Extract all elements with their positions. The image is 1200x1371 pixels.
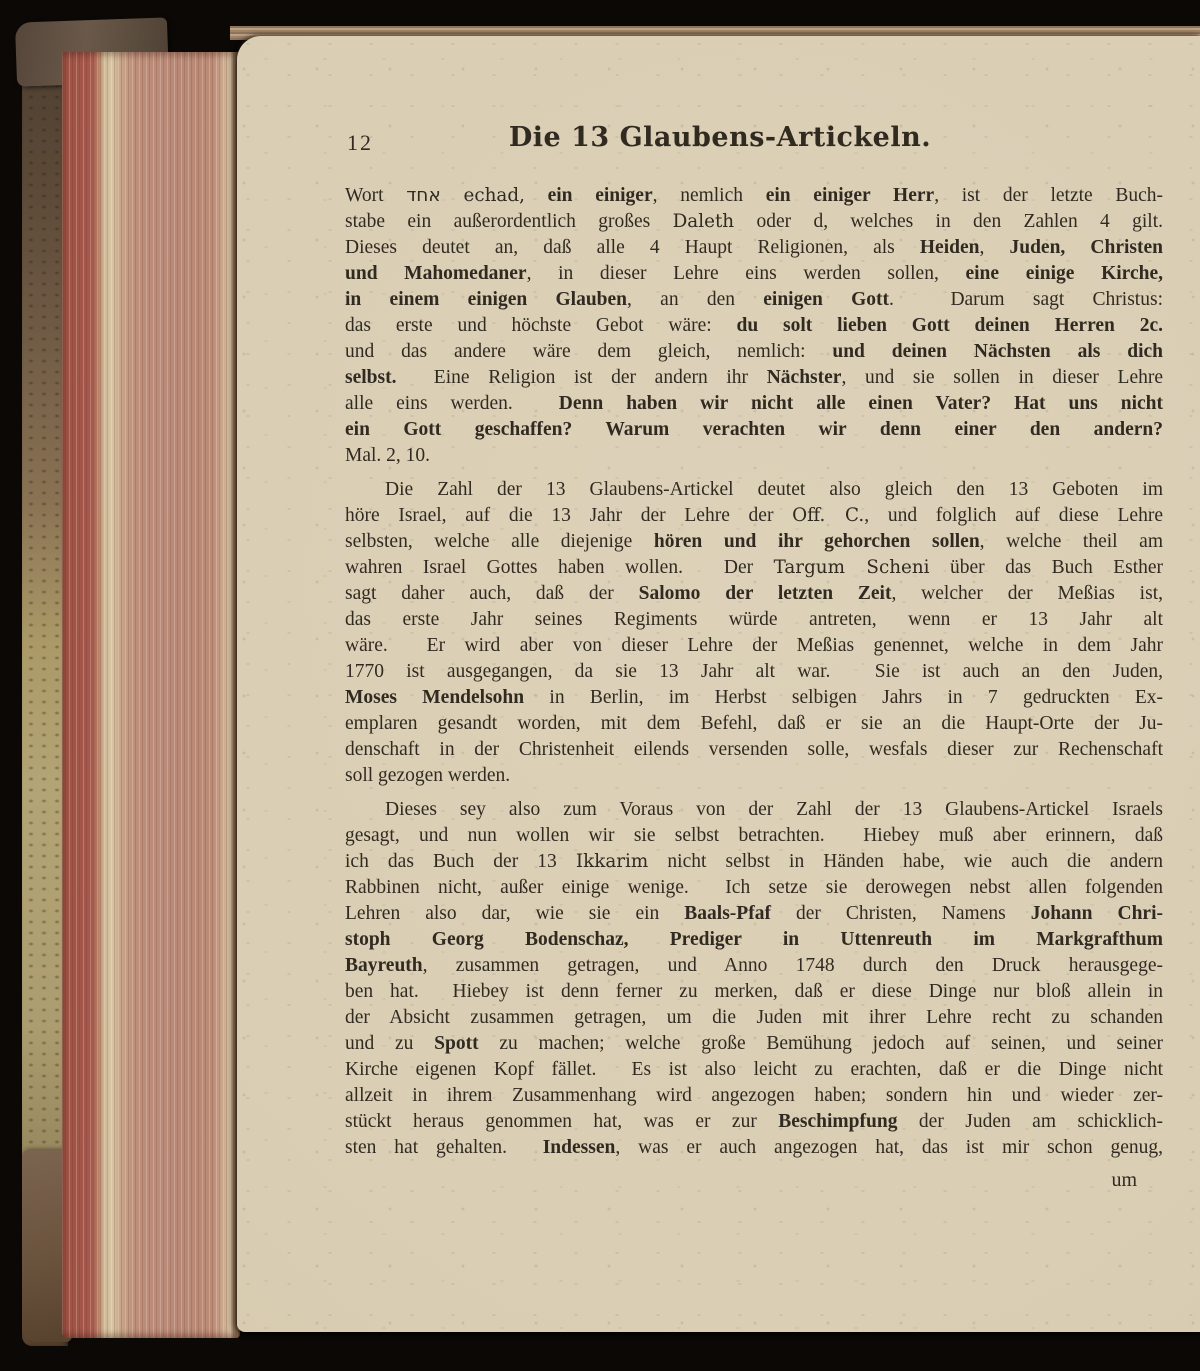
plain-text: wäre. Er wird aber von dieser Lehre der … [345,635,1163,656]
text-line: denschaft in der Christenheit eilends ve… [345,737,1163,763]
text-line: ein Gott geschaffen? Warum verachten wir… [345,417,1163,443]
text-line: stückt heraus genommen hat, was er zur B… [345,1109,1163,1135]
roman-type-text: Daleth [673,211,735,232]
text-line: Wort אחד echad, ein einiger, nemlich ein… [345,183,1163,209]
plain-text: Kirche eigenen Kopf fället. Es ist also … [345,1059,1163,1080]
text-line: und zu Spott zu machen; welche große Bem… [345,1031,1163,1057]
text-line: und das andere wäre dem gleich, nemlich:… [345,339,1163,365]
emphasized-text: Denn haben wir nicht alle einen Vater? H… [559,393,1163,414]
text-line: Die Zahl der 13 Glaubens-Artickel deutet… [345,477,1163,503]
hebrew-word: אחד [406,185,441,206]
text-line: wahren Israel Gottes haben wollen. Der T… [345,555,1163,581]
plain-text: Dieses deutet an, daß alle 4 Haupt Relig… [345,237,920,258]
plain-text: selbsten, welche alle diejenige [345,531,654,552]
emphasized-text: ein einiger Herr [766,185,934,206]
emphasized-text: einigen Gott [763,289,889,310]
plain-text [525,185,548,206]
plain-text: soll gezogen werden. [345,765,510,786]
plain-text: 1770 ist ausgegangen, da sie 13 Jahr alt… [345,661,1163,682]
text-line: 1770 ist ausgegangen, da sie 13 Jahr alt… [345,659,1163,685]
emphasized-text: Juden, Christen [1009,237,1163,258]
emphasized-text: ein einiger [548,185,653,206]
emphasized-text: Bayreuth [345,955,423,976]
plain-text: , ist der letzte Buch- [934,185,1163,206]
plain-text: gesagt, und nun wollen wir sie selbst be… [345,825,1163,846]
text-line: ben hat. Hiebey ist denn ferner zu merke… [345,979,1163,1005]
paragraph: Die Zahl der 13 Glaubens-Artickel deutet… [345,477,1163,789]
plain-text: in Berlin, im Herbst selbigen Jahrs in 7… [524,687,1163,708]
plain-text: . Darum sagt Christus: [889,289,1163,310]
emphasized-text: stoph Georg Bodenschaz, Prediger in Utte… [345,929,1163,950]
plain-text: allzeit in ihrem Zusammenhang wird angez… [345,1085,1163,1106]
text-line: Bayreuth, zusammen getragen, und Anno 17… [345,953,1163,979]
roman-type-text: Targum Scheni [774,557,930,578]
emphasized-text: ein Gott geschaffen? Warum verachten wir… [345,419,1163,440]
plain-text: , welche theil am [980,531,1163,552]
text-line: sagt daher auch, daß der Salomo der letz… [345,581,1163,607]
plain-text: sagt daher auch, daß der [345,583,639,604]
page-header: 12 Die 13 Glaubens-Artickeln. [345,122,1163,166]
plain-text: stabe ein außerordentlich großes [345,211,673,232]
emphasized-text: Indessen [543,1137,616,1158]
text-line: Rabbinen nicht, außer einige wenige. Ich… [345,875,1163,901]
plain-text: der Absicht zusammen getragen, um die Ju… [345,1007,1163,1028]
emphasized-text: Spott [434,1033,478,1054]
plain-text [441,185,464,206]
text-line: ich das Buch der 13 Ikkarim nicht selbst… [345,849,1163,875]
text-line: Kirche eigenen Kopf fället. Es ist also … [345,1057,1163,1083]
plain-text: Dieses sey also zum Voraus von der Zahl … [385,799,1163,820]
text-line: der Absicht zusammen getragen, um die Ju… [345,1005,1163,1031]
plain-text: , was er auch angezogen hat, das ist mir… [615,1137,1163,1158]
running-title: Die 13 Glaubens-Artickeln. [311,122,1129,153]
plain-text: , und sie sollen in dieser Lehre [841,367,1163,388]
emphasized-text: selbst. [345,367,396,388]
plain-text: und das andere wäre dem gleich, nemlich: [345,341,832,362]
plain-text: stückt heraus genommen hat, was er zur [345,1111,778,1132]
text-line: Moses Mendelsohn in Berlin, im Herbst se… [345,685,1163,711]
text-line: Dieses deutet an, daß alle 4 Haupt Relig… [345,235,1163,261]
text-line: emplaren gesandt worden, mit dem Befehl,… [345,711,1163,737]
plain-text: sten hat gehalten. [345,1137,543,1158]
plain-text: zu machen; welche große Bemühung jedoch … [479,1033,1163,1054]
plain-text: höre Israel, auf die 13 Jahr der Lehre d… [345,505,792,526]
roman-type-text: Off. C. [792,505,864,526]
plain-text: , nemlich [653,185,766,206]
text-line: gesagt, und nun wollen wir sie selbst be… [345,823,1163,849]
plain-text: , und folglich auf diese Lehre [864,505,1163,526]
text-line: stoph Georg Bodenschaz, Prediger in Utte… [345,927,1163,953]
page-content: 12 Die 13 Glaubens-Artickeln. Wort אחד e… [345,36,1163,1332]
plain-text: , an den [627,289,763,310]
scanned-book-photo: { "page": { "number": "12", "header_titl… [0,0,1200,1371]
text-line: alle eins werden. Denn haben wir nicht a… [345,391,1163,417]
plain-text: der Christen, Namens [771,903,1031,924]
text-line: selbsten, welche alle diejenige hören un… [345,529,1163,555]
emphasized-text: Beschimpfung [778,1111,897,1132]
emphasized-text: Johann Chri- [1031,903,1163,924]
plain-text: nicht selbst in Händen habe, wie auch di… [648,851,1163,872]
plain-text: das erste und höchste Gebot wäre: [345,315,737,336]
catchword: um [345,1169,1163,1192]
text-line: Lehren also dar, wie sie ein Baals-Pfaf … [345,901,1163,927]
plain-text: wahren Israel Gottes haben wollen. Der [345,557,774,578]
plain-text: , in dieser Lehre eins werden sollen, [527,263,966,284]
plain-text: ich das Buch der 13 [345,851,576,872]
plain-text: Eine Religion ist der andern ihr [396,367,766,388]
emphasized-text: in einem einigen Glauben [345,289,627,310]
text-line: in einem einigen Glauben, an den einigen… [345,287,1163,313]
plain-text: denschaft in der Christenheit eilends ve… [345,739,1163,760]
plain-text: der Juden am schicklich- [897,1111,1163,1132]
emphasized-text: hören und ihr gehorchen sollen [654,531,980,552]
plain-text: das erste Jahr seines Regiments würde an… [345,609,1163,630]
text-line: Mal. 2, 10. [345,443,1163,469]
plain-text: , zusammen getragen, und Anno 1748 durch… [423,955,1163,976]
text-line: allzeit in ihrem Zusammenhang wird angez… [345,1083,1163,1109]
plain-text: Rabbinen nicht, außer einige wenige. Ich… [345,877,1163,898]
emphasized-text: Salomo der letzten Zeit [639,583,892,604]
text-line: höre Israel, auf die 13 Jahr der Lehre d… [345,503,1163,529]
plain-text: , welcher der Meßias ist, [891,583,1163,604]
text-line: das erste und höchste Gebot wäre: du sol… [345,313,1163,339]
book-page: 12 Die 13 Glaubens-Artickeln. Wort אחד e… [237,36,1200,1332]
emphasized-text: Baals-Pfaf [684,903,771,924]
emphasized-text: Nächster [767,367,842,388]
paragraph: Wort אחד echad, ein einiger, nemlich ein… [345,183,1163,469]
emphasized-text: und deinen Nächsten als dich [832,341,1163,362]
emphasized-text: Heiden [920,237,980,258]
emphasized-text: und Mahomedaner [345,263,527,284]
plain-text: Wort [345,185,406,206]
paragraph: Dieses sey also zum Voraus von der Zahl … [345,797,1163,1161]
emphasized-text: du solt lieben Gott deinen Herren 2c. [737,315,1163,336]
text-line: stabe ein außerordentlich großes Daleth … [345,209,1163,235]
plain-text: Mal. 2, 10. [345,445,430,466]
plain-text: emplaren gesandt worden, mit dem Befehl,… [345,713,1163,734]
page-fore-edges [62,52,240,1338]
text-line: sten hat gehalten. Indessen, was er auch… [345,1135,1163,1161]
plain-text: über das Buch Esther [930,557,1163,578]
roman-type-text: echad, [464,185,525,206]
plain-text: Lehren also dar, wie sie ein [345,903,684,924]
text-line: das erste Jahr seines Regiments würde an… [345,607,1163,633]
text-line: selbst. Eine Religion ist der andern ihr… [345,365,1163,391]
emphasized-text: Moses Mendelsohn [345,687,524,708]
plain-text: ben hat. Hiebey ist denn ferner zu merke… [345,981,1163,1002]
text-line: Dieses sey also zum Voraus von der Zahl … [345,797,1163,823]
plain-text: , [979,237,1009,258]
plain-text: Die Zahl der 13 Glaubens-Artickel deutet… [385,479,1163,500]
text-line: soll gezogen werden. [345,763,1163,789]
plain-text: oder d, welches in den Zahlen 4 gilt. [734,211,1163,232]
text-line: wäre. Er wird aber von dieser Lehre der … [345,633,1163,659]
plain-text: alle eins werden. [345,393,559,414]
text-line: und Mahomedaner, in dieser Lehre eins we… [345,261,1163,287]
emphasized-text: eine einige Kirche, [965,263,1163,284]
roman-type-text: Ikkarim [576,851,648,872]
plain-text: und zu [345,1033,434,1054]
text-body: Wort אחד echad, ein einiger, nemlich ein… [345,183,1163,1192]
